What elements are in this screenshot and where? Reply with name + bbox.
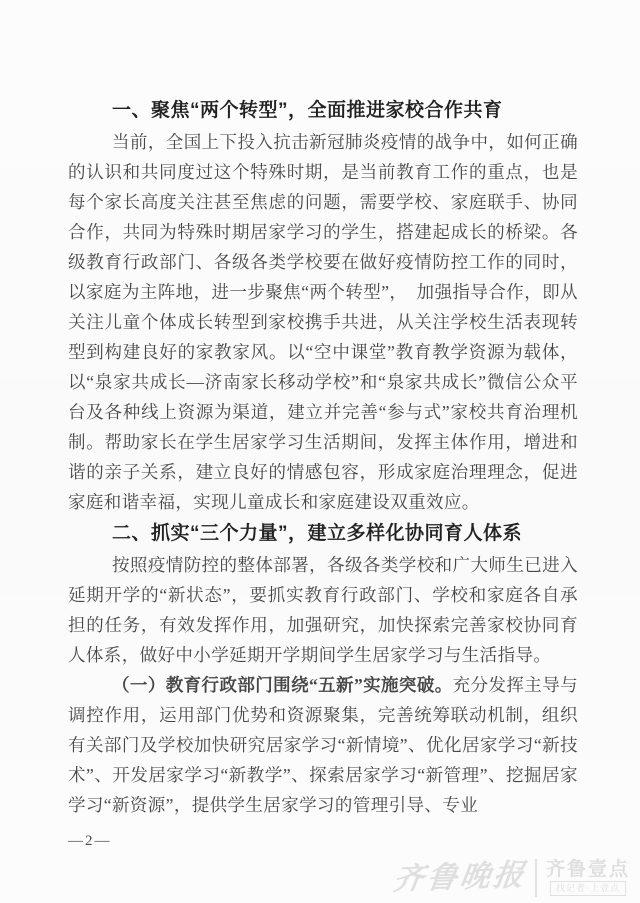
newspaper-script-logo: 齐鲁晚报 bbox=[391, 861, 528, 896]
watermark-divider bbox=[535, 859, 537, 897]
body-paragraph: （一）教育行政部门围绕“五新”实施突破。充分发挥主导与调控作用，运用部门优势和资… bbox=[68, 670, 578, 820]
document-page: 一、聚焦“两个转型”，全面推进家校合作共育 当前，全国上下投入抗击新冠肺炎疫情的… bbox=[0, 0, 640, 903]
document-content: 一、聚焦“两个转型”，全面推进家校合作共育 当前，全国上下投入抗击新冠肺炎疫情的… bbox=[68, 94, 578, 850]
watermark: 齐鲁晚报 齐鲁壹点 找记者·上壹点 bbox=[394, 859, 630, 897]
paragraph-text: 按照疫情防控的整体部署，各级各类学校和广大师生已进入延期开学的“新状态”，要抓实… bbox=[68, 555, 578, 665]
paragraph-text: 当前，全国上下投入抗击新冠肺炎疫情的战争中，如何正确的认识和共同度过这个特殊时期… bbox=[68, 132, 578, 512]
slogan-badge: 找记者·上壹点 bbox=[550, 881, 626, 897]
body-paragraph: 当前，全国上下投入抗击新冠肺炎疫情的战争中，如何正确的认识和共同度过这个特殊时期… bbox=[68, 127, 578, 517]
section-heading-1: 一、聚焦“两个转型”，全面推进家校合作共育 bbox=[68, 94, 578, 127]
section-heading-2: 二、抓实“三个力量”，建立多样化协同育人体系 bbox=[68, 517, 578, 550]
paragraph-lead: （一）教育行政部门围绕“五新”实施突破。 bbox=[112, 675, 453, 695]
brand-logo-block: 齐鲁壹点 找记者·上壹点 bbox=[546, 860, 630, 897]
paragraph-text: 充分发挥主导与调控作用，运用部门优势和资源聚集，完善统筹联动机制，组织有关部门及… bbox=[68, 675, 578, 815]
page-number: —2— bbox=[68, 833, 578, 850]
body-paragraph: 按照疫情防控的整体部署，各级各类学校和广大师生已进入延期开学的“新状态”，要抓实… bbox=[68, 550, 578, 670]
brand-logo: 齐鲁壹点 bbox=[546, 860, 630, 879]
